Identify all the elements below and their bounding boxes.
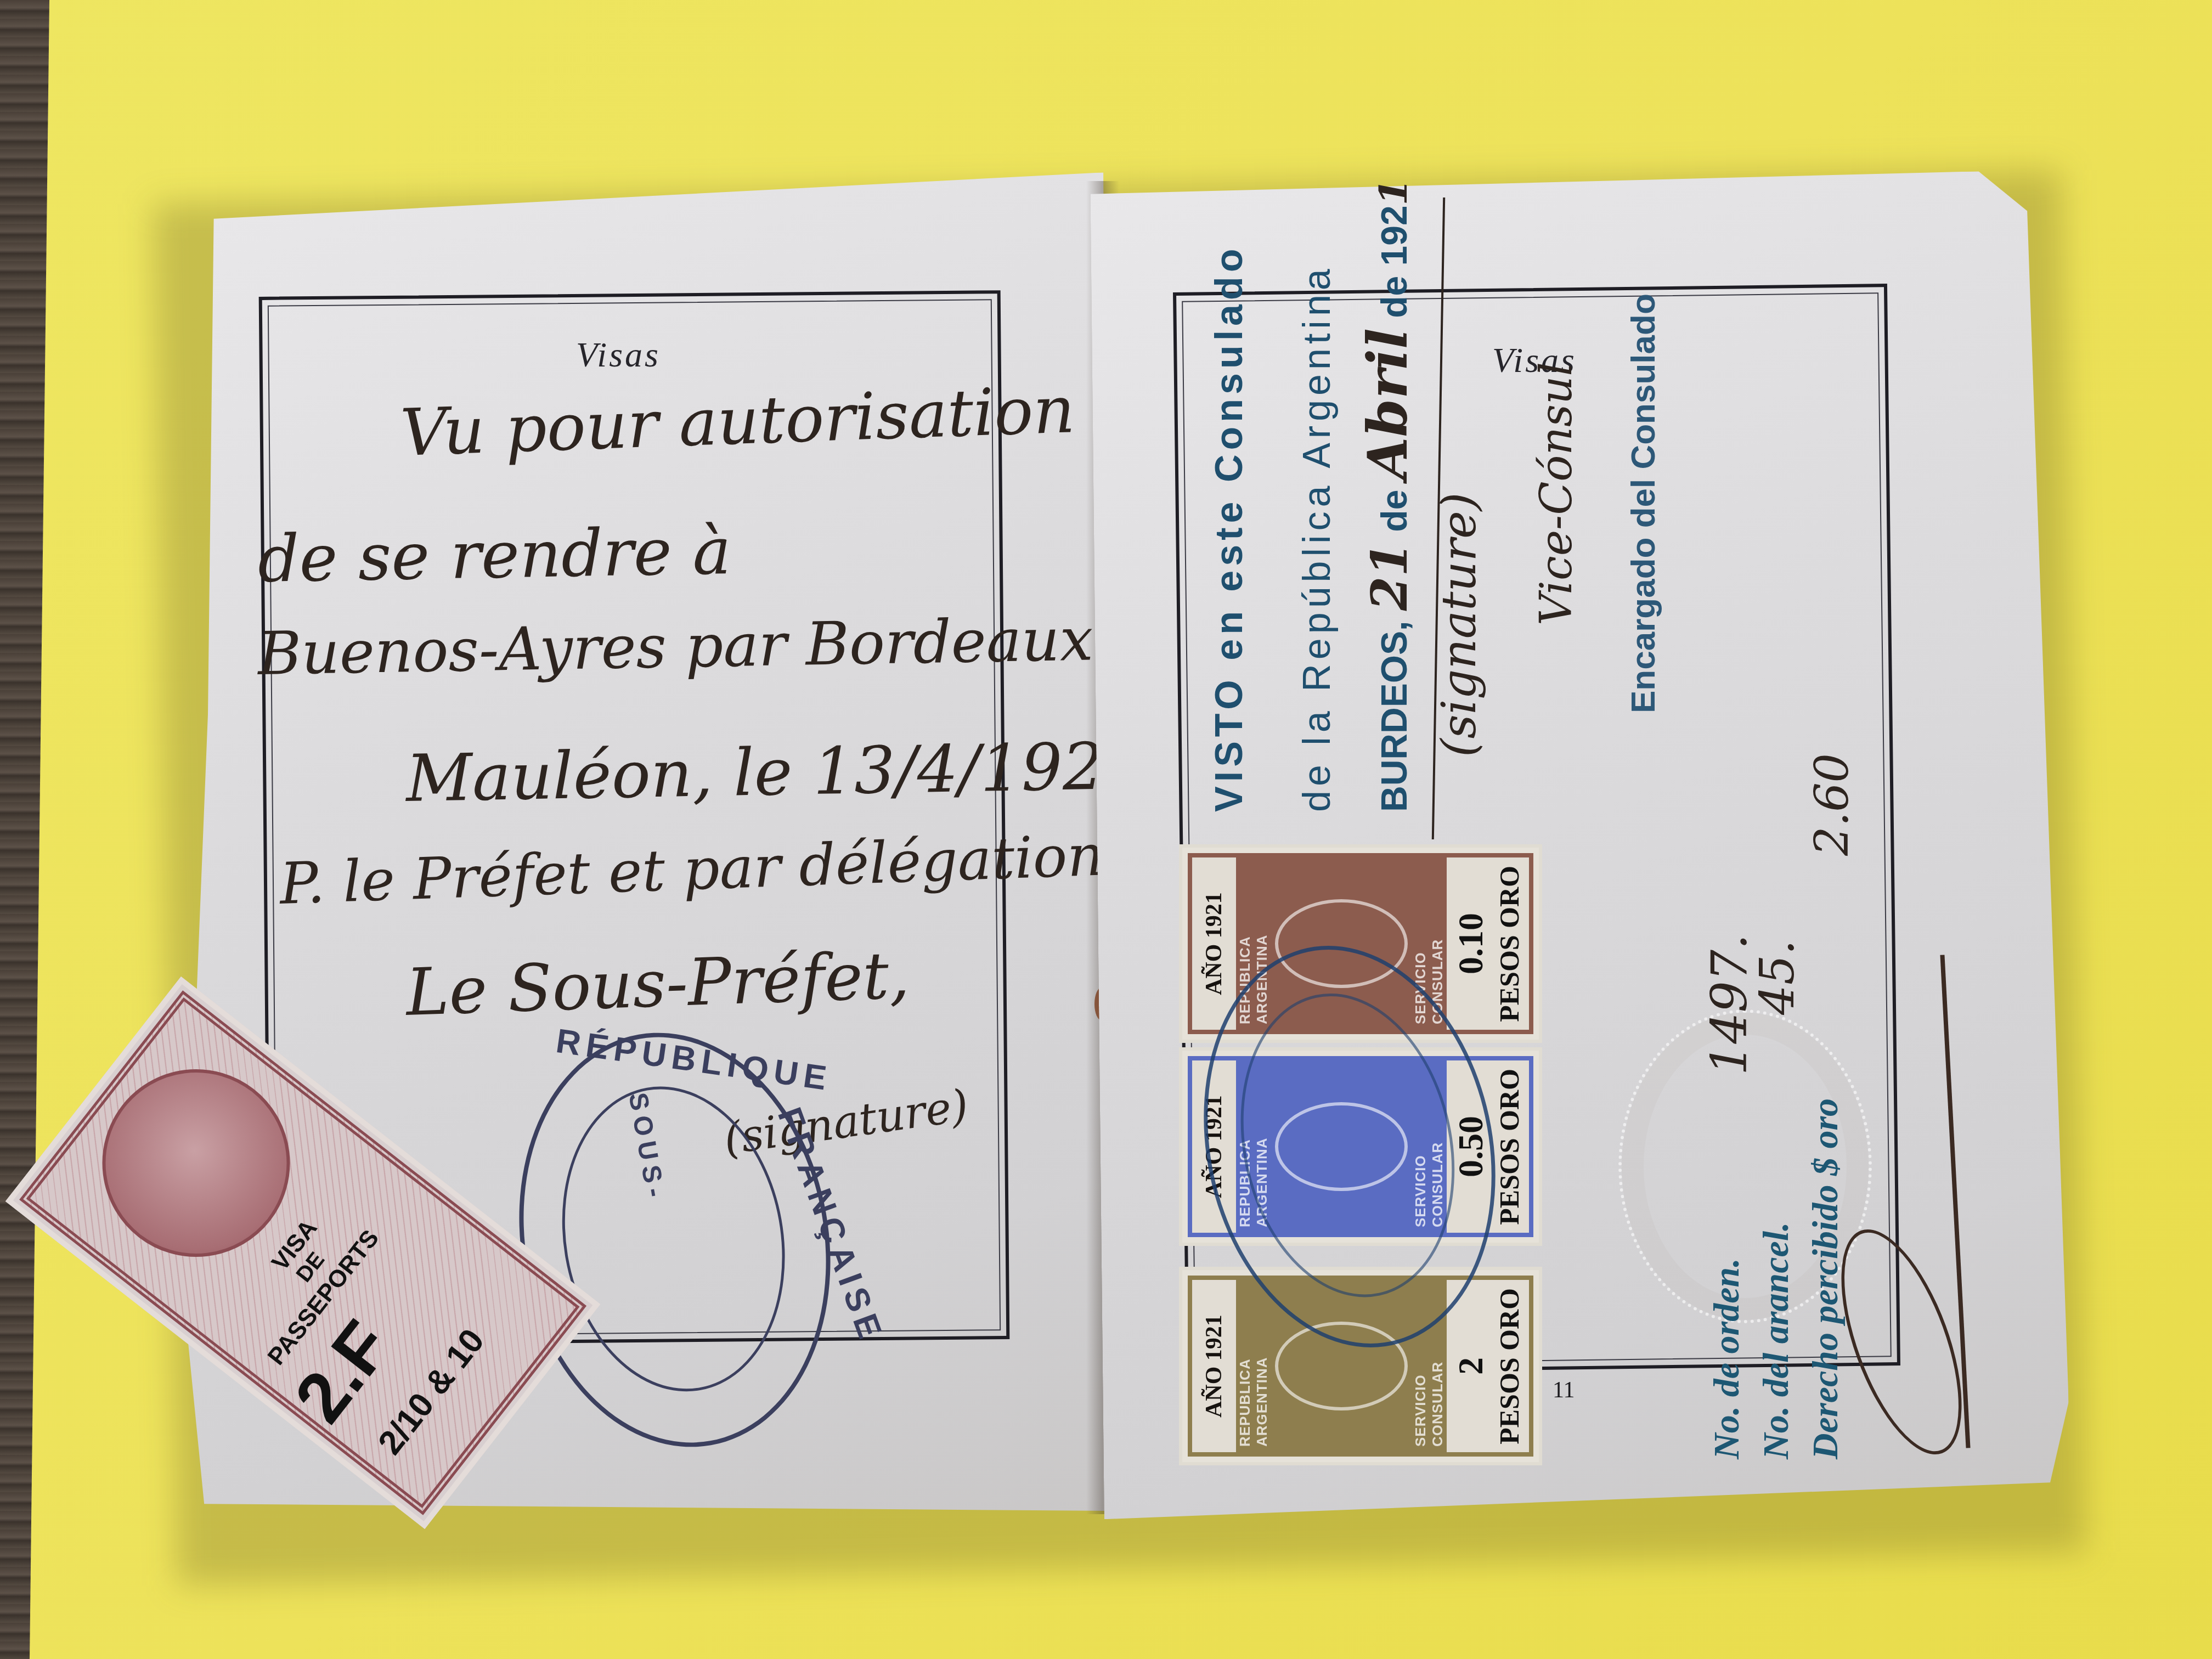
oval-cancel-inner <box>1214 973 1481 1317</box>
stamp-amount: 0.10 <box>1451 913 1491 974</box>
arancel-value: 45. <box>1750 940 1805 1015</box>
page-number: 11 <box>1553 1377 1575 1403</box>
orden-label: No. de orden. <box>1706 1258 1748 1459</box>
visto-line-2: de la República Argentina <box>1295 264 1339 812</box>
stamp-value-panel: 2PESOS ORO <box>1447 1280 1529 1452</box>
derecho-value: 2.60 <box>1805 753 1859 856</box>
stamp-currency: PESOS ORO <box>1493 866 1525 1022</box>
stamp-value-panel: 0.10PESOS ORO <box>1447 857 1529 1030</box>
vice-consul-label: Vice-Cónsul <box>1531 362 1582 625</box>
stamp-country: REPUBLICA ARGENTINA <box>1240 1285 1267 1447</box>
visto-line-3: BURDEOS, 21 de Abril de 1921 <box>1355 179 1420 812</box>
left-visas-heading: Visas <box>576 335 661 375</box>
city-label: BURDEOS, <box>1374 621 1414 812</box>
consul-signature: (signature) <box>1432 493 1487 757</box>
arancel-label: No. del arancel. <box>1756 1222 1797 1459</box>
handwritten-line-4: Mauléon, le 13/4/1921. <box>405 727 1166 816</box>
encargado-label: Encargado del Consulado <box>1624 294 1663 713</box>
stamp-year: AÑO 1921 <box>1192 1280 1236 1452</box>
stamp-currency: PESOS ORO <box>1493 1069 1525 1225</box>
visto-year-suffix: 1 <box>1370 179 1416 206</box>
handwritten-line-3: Buenos-Ayres par Bordeaux <box>257 605 1094 689</box>
derecho-label: Derecho percibido $ oro <box>1805 1098 1847 1459</box>
visto-day: 21 <box>1361 542 1419 611</box>
visto-line-1: VISTO en este Consulado <box>1207 244 1251 812</box>
de-label-2: de 192 <box>1374 205 1414 318</box>
handwritten-line-2: de se rendre à <box>257 513 732 597</box>
stamp-year: AÑO 1921 <box>1192 857 1236 1030</box>
stamp-amount: 2 <box>1451 1357 1491 1375</box>
cancel-inner-ring <box>539 1069 808 1409</box>
de-label-1: de <box>1374 490 1414 532</box>
visto-month: Abril <box>1355 328 1420 479</box>
stamp-currency: PESOS ORO <box>1493 1288 1525 1444</box>
